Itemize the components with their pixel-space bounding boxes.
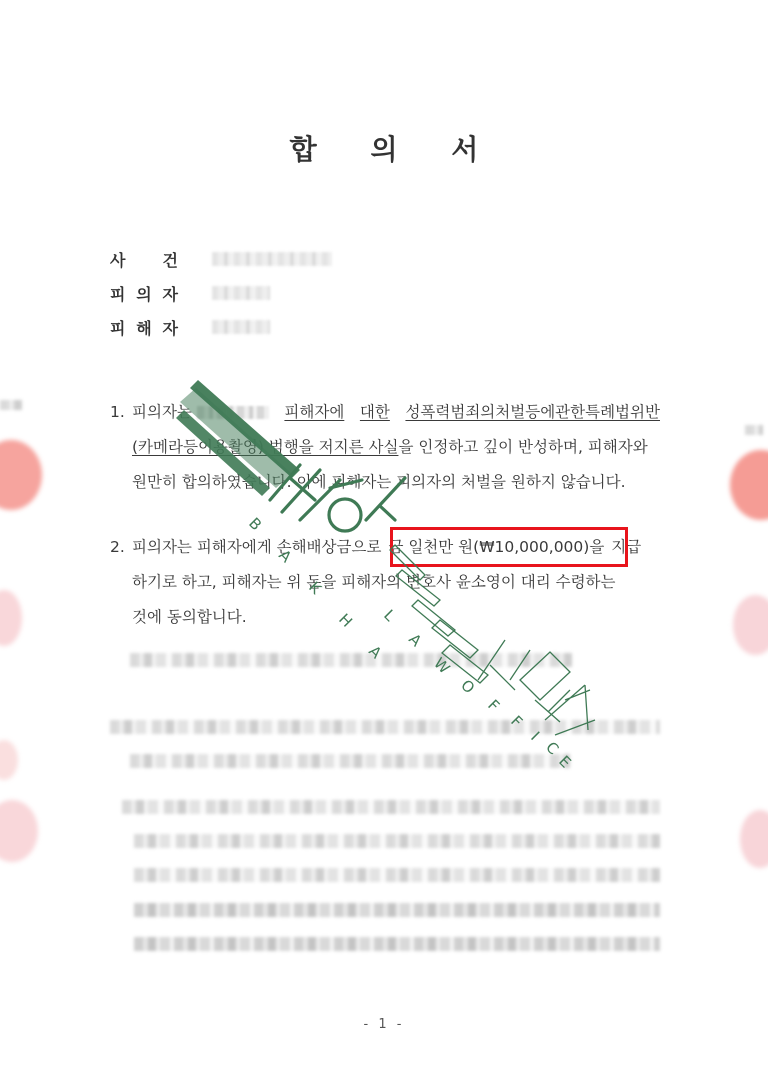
case-info: 사 건 피 의 자 피 해 자 <box>110 242 332 344</box>
redacted-paragraph-3-line-1 <box>110 720 660 734</box>
paragraph-2-line-3: 것에 동의합니다. <box>110 600 660 635</box>
label-suspect: 피 의 자 <box>110 282 178 305</box>
redacted-note <box>130 653 572 667</box>
seal-stamp-right-2 <box>733 595 768 655</box>
svg-text:F: F <box>484 696 503 715</box>
redacted-sub-item-line-1 <box>122 800 660 814</box>
label-case: 사 건 <box>110 248 178 271</box>
seal-stamp-right <box>730 450 768 520</box>
seal-stamp-left-3 <box>0 740 18 780</box>
redacted-margin-left <box>0 400 22 410</box>
redacted-suspect-value <box>212 286 270 300</box>
info-row-case: 사 건 <box>110 242 332 276</box>
document-page: 합 의 서 사 건 피 의 자 피 해 자 <box>0 0 768 1086</box>
seal-stamp-left-2 <box>0 590 22 646</box>
redacted-name <box>197 406 269 419</box>
seal-stamp-left <box>0 440 42 510</box>
paragraph-2-line-2: 하기로 하고, 피해자는 위 돈을 피해자의 변호사 윤소영이 대리 수령하는 <box>110 565 660 600</box>
amount-highlight-box <box>390 527 628 567</box>
page-number: - 1 - <box>0 1017 768 1032</box>
redacted-case-value <box>212 252 332 266</box>
svg-text:O: O <box>457 676 478 697</box>
paragraph-1-line-1: 1.피의자는 피해자에 대한 성폭력범죄의처벌등에관한특례법위반 <box>110 395 660 430</box>
paragraph-1-line-2: (카메라등이용촬영) 범행을 저지른 사실을 인정하고 깊이 반성하며, 피해자… <box>110 430 660 465</box>
paragraph-1: 1.피의자는 피해자에 대한 성폭력범죄의처벌등에관한특례법위반 (카메라등이용… <box>110 395 660 500</box>
paragraph-1-line-3: 원만히 합의하였습니다. 이에 피해자는 피의자의 처벌을 원하지 않습니다. <box>110 465 660 500</box>
redacted-margin-right <box>745 425 763 435</box>
redacted-sub-item-line-2 <box>134 834 660 848</box>
redacted-sub-item-line-4 <box>134 903 660 917</box>
seal-stamp-left-4 <box>0 800 38 862</box>
redacted-sub-item-line-5 <box>134 937 660 951</box>
info-row-victim: 피 해 자 <box>110 310 332 344</box>
document-title: 합 의 서 <box>0 128 768 168</box>
redacted-victim-value <box>212 320 270 334</box>
label-victim: 피 해 자 <box>110 316 178 339</box>
info-row-suspect: 피 의 자 <box>110 276 332 310</box>
redacted-paragraph-3-line-2 <box>130 754 570 768</box>
seal-stamp-right-3 <box>740 810 768 868</box>
redacted-sub-item-line-3 <box>134 868 660 882</box>
